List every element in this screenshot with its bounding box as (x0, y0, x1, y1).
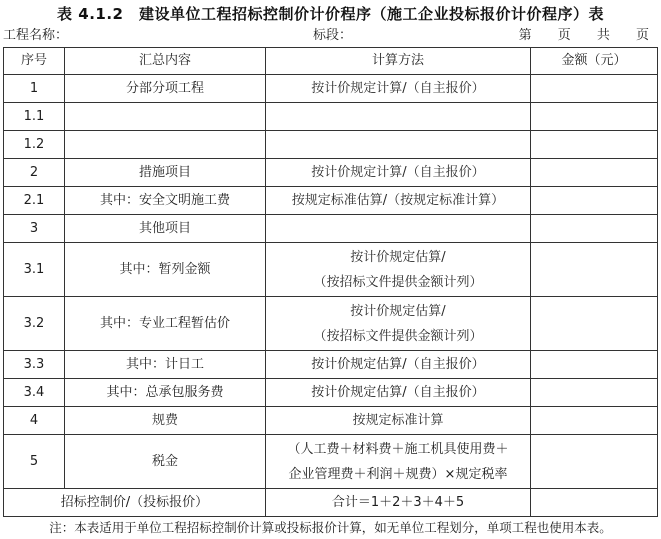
cell-content: 其中：总承包服务费 (65, 379, 266, 407)
total-label: 招标控制价/（投标报价） (4, 489, 266, 517)
cell-amount[interactable] (531, 379, 658, 407)
cell-method: 按计价规定估算/ （按招标文件提供金额计列） (266, 297, 531, 351)
cell-content: 其他项目 (65, 215, 266, 243)
total-amount[interactable] (531, 489, 658, 517)
cell-content: 其中：安全文明施工费 (65, 187, 266, 215)
cell-method-line2: （按招标文件提供金额计列） (268, 324, 528, 349)
cell-content: 措施项目 (65, 159, 266, 187)
cell-content: 其中：计日工 (65, 351, 266, 379)
cell-method: 按计价规定估算/（自主报价） (266, 379, 531, 407)
table-row: 2 措施项目 按计价规定计算/（自主报价） (4, 159, 658, 187)
cell-amount[interactable] (531, 215, 658, 243)
table-row: 1.2 (4, 131, 658, 159)
cell-method: 按计价规定计算/（自主报价） (266, 75, 531, 103)
cell-method (266, 131, 531, 159)
table-row: 1 分部分项工程 按计价规定计算/（自主报价） (4, 75, 658, 103)
cell-amount[interactable] (531, 131, 658, 159)
cell-seq: 4 (4, 407, 65, 435)
table-row: 3.3 其中：计日工 按计价规定估算/（自主报价） (4, 351, 658, 379)
cell-method: 按规定标准估算/（按规定标准计算） (266, 187, 531, 215)
cell-method: （人工费＋材料费＋施工机具使用费＋ 企业管理费＋利润＋规费）×规定税率 (266, 435, 531, 489)
section-label: 标段： (313, 24, 352, 43)
cell-seq: 3.4 (4, 379, 65, 407)
cell-amount[interactable] (531, 75, 658, 103)
table-header-row: 序号 汇总内容 计算方法 金额（元） (4, 48, 658, 75)
table-note: 注：本表适用于单位工程招标控制价计算或投标报价计算，如无单位工程划分，单项工程也… (0, 518, 661, 536)
cell-method: 按规定标准计算 (266, 407, 531, 435)
project-name-label: 工程名称： (3, 24, 68, 43)
cell-method-line1: 按计价规定估算/ (268, 299, 528, 324)
cell-amount[interactable] (531, 103, 658, 131)
cell-content (65, 131, 266, 159)
cell-content: 分部分项工程 (65, 75, 266, 103)
cell-amount[interactable] (531, 243, 658, 297)
cell-method-line1: （人工费＋材料费＋施工机具使用费＋ (268, 437, 528, 462)
table-row: 5 税金 （人工费＋材料费＋施工机具使用费＋ 企业管理费＋利润＋规费）×规定税率 (4, 435, 658, 489)
cell-amount[interactable] (531, 351, 658, 379)
cell-method: 按计价规定估算/ （按招标文件提供金额计列） (266, 243, 531, 297)
header-content: 汇总内容 (65, 48, 266, 75)
table-row: 4 规费 按规定标准计算 (4, 407, 658, 435)
cell-method: 按计价规定计算/（自主报价） (266, 159, 531, 187)
cell-seq: 3.1 (4, 243, 65, 297)
page-label: 第 页 共 页 (519, 24, 657, 43)
cell-amount[interactable] (531, 297, 658, 351)
cell-amount[interactable] (531, 187, 658, 215)
cell-content: 规费 (65, 407, 266, 435)
table-row: 2.1 其中：安全文明施工费 按规定标准估算/（按规定标准计算） (4, 187, 658, 215)
table-total-row: 招标控制价/（投标报价） 合计＝1＋2＋3＋4＋5 (4, 489, 658, 517)
cell-seq: 3 (4, 215, 65, 243)
cell-method-line2: （按招标文件提供金额计列） (268, 270, 528, 295)
table-row: 3.1 其中：暂列金额 按计价规定估算/ （按招标文件提供金额计列） (4, 243, 658, 297)
cell-method-line1: 按计价规定估算/ (268, 245, 528, 270)
cell-method (266, 215, 531, 243)
header-amount: 金额（元） (531, 48, 658, 75)
cell-seq: 3.3 (4, 351, 65, 379)
pricing-procedure-table: 序号 汇总内容 计算方法 金额（元） 1 分部分项工程 按计价规定计算/（自主报… (3, 47, 658, 517)
table-meta-row: 工程名称： 标段： 第 页 共 页 (0, 24, 661, 42)
table-row: 1.1 (4, 103, 658, 131)
header-method: 计算方法 (266, 48, 531, 75)
cell-content (65, 103, 266, 131)
header-seq: 序号 (4, 48, 65, 75)
cell-amount[interactable] (531, 435, 658, 489)
cell-seq: 2.1 (4, 187, 65, 215)
cell-content: 其中：专业工程暂估价 (65, 297, 266, 351)
total-method: 合计＝1＋2＋3＋4＋5 (266, 489, 531, 517)
table-row: 3 其他项目 (4, 215, 658, 243)
cell-amount[interactable] (531, 159, 658, 187)
table-row: 3.2 其中：专业工程暂估价 按计价规定估算/ （按招标文件提供金额计列） (4, 297, 658, 351)
table-row: 3.4 其中：总承包服务费 按计价规定估算/（自主报价） (4, 379, 658, 407)
cell-method (266, 103, 531, 131)
cell-seq: 2 (4, 159, 65, 187)
cell-method-line2: 企业管理费＋利润＋规费）×规定税率 (268, 462, 528, 487)
cell-seq: 1.1 (4, 103, 65, 131)
cell-content: 税金 (65, 435, 266, 489)
cell-amount[interactable] (531, 407, 658, 435)
cell-seq: 3.2 (4, 297, 65, 351)
cell-seq: 5 (4, 435, 65, 489)
cell-content: 其中：暂列金额 (65, 243, 266, 297)
cell-seq: 1 (4, 75, 65, 103)
table-title: 表 4.1.2 建设单位工程招标控制价计价程序（施工企业投标报价计价程序）表 (0, 3, 661, 24)
cell-seq: 1.2 (4, 131, 65, 159)
cell-method: 按计价规定估算/（自主报价） (266, 351, 531, 379)
